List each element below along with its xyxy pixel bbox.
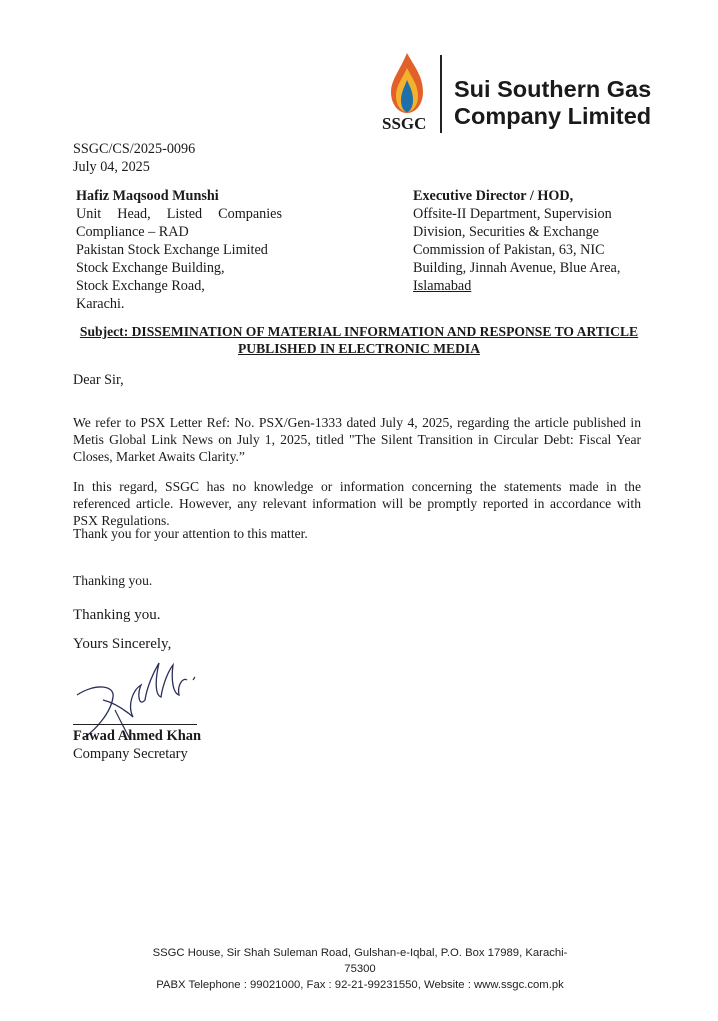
address-line: Karachi. [76, 295, 282, 313]
recipient-right-name: Executive Director / HOD, [413, 187, 628, 205]
address-line: Division, Securities & Exchange [413, 223, 628, 241]
signer-block: Fawad Ahmed Khan Company Secretary [73, 727, 201, 763]
reference-number: SSGC/CS/2025-0096 [73, 140, 195, 158]
company-name: Sui Southern Gas Company Limited [454, 76, 651, 130]
address-line: Stock Exchange Road, [76, 277, 282, 295]
logo-divider [440, 55, 442, 133]
address-line: Building, Jinnah Avenue, Blue Area, [413, 259, 628, 277]
flame-icon [390, 52, 424, 114]
address-line: Pakistan Stock Exchange Limited [76, 241, 282, 259]
body-paragraph-2: In this regard, SSGC has no knowledge or… [73, 478, 641, 529]
signer-name: Fawad Ahmed Khan [73, 727, 201, 745]
reference-block: SSGC/CS/2025-0096 July 04, 2025 [73, 140, 195, 176]
sign-off: Yours Sincerely, [73, 636, 171, 653]
address-line: Commission of Pakistan, 63, NIC [413, 241, 628, 259]
body-paragraph-1: We refer to PSX Letter Ref: No. PSX/Gen-… [73, 414, 641, 465]
ssgc-logo: SSGC [382, 52, 432, 134]
recipient-right: Executive Director / HOD, Offsite-II Dep… [413, 187, 628, 295]
address-city: Islamabad [413, 277, 628, 295]
footer-address: SSGC House, Sir Shah Suleman Road, Gulsh… [150, 945, 570, 993]
thanks-line-1: Thanking you. [73, 573, 152, 589]
thanks-line-2: Thanking you. [73, 607, 161, 624]
address-line: Compliance – RAD [76, 223, 282, 241]
logo-abbreviation: SSGC [382, 114, 426, 134]
body-paragraph-3: Thank you for your attention to this mat… [73, 525, 641, 542]
address-line: Stock Exchange Building, [76, 259, 282, 277]
recipient-left: Hafiz Maqsood Munshi Unit Head, Listed C… [76, 187, 282, 313]
letter-date: July 04, 2025 [73, 158, 195, 176]
salutation: Dear Sir, [73, 371, 124, 389]
address-line: Offsite-II Department, Supervision [413, 205, 628, 223]
recipient-left-name: Hafiz Maqsood Munshi [76, 187, 282, 205]
address-line: Unit Head, Listed Companies [76, 205, 282, 223]
signer-title: Company Secretary [73, 745, 201, 763]
subject-line: Subject: DISSEMINATION OF MATERIAL INFOR… [73, 323, 645, 357]
signature-line [73, 724, 197, 725]
